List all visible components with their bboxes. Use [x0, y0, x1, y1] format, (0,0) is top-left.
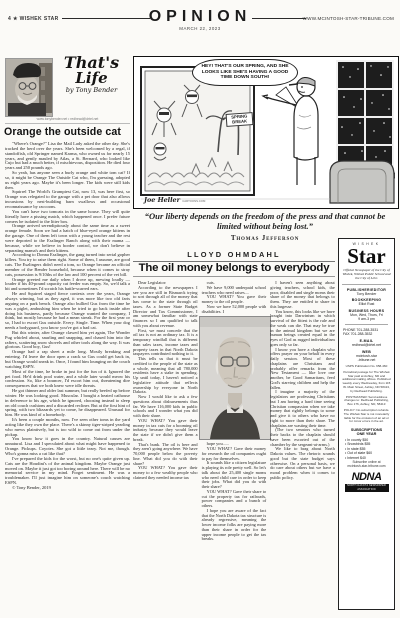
paragraph: Orange greeted me daily when I drove up,… — [5, 278, 130, 293]
masthead-info-box: WISHEK Star Official Newspaper of the Ci… — [338, 238, 395, 610]
legal-text: Periodical postage for The Wishek Star p… — [342, 371, 391, 393]
postmaster-text: POSTMASTER: Send address changes to: Red… — [342, 396, 391, 407]
paragraph: Squirrel The World's Grumpiest Cat, now … — [5, 190, 130, 209]
quote-text: “Our liberty depends on the freedom of t… — [140, 212, 390, 232]
fax-line: FAX 701-288-3532 — [341, 332, 392, 336]
paragraph: © Tony Bender, 2019 — [5, 486, 130, 491]
paragraph: YOU WHAT? You gave their money to a few … — [133, 466, 198, 480]
paragraph: "Where's Orange?" Lisa the Mail Lady ask… — [5, 142, 130, 171]
publisher-name: Tony Bender — [341, 292, 392, 296]
paragraph: First, we must concede that the oil tax … — [133, 329, 198, 358]
omdahl-column-3: I haven't seen anything about giving tea… — [270, 281, 335, 612]
cartoonist-signature: Joe Heller CARTOONS.COM — [144, 196, 205, 204]
paragraph: But this winter, after Orange clawed him… — [5, 331, 130, 350]
paragraph: YOU WHAT? Gave their money for research … — [202, 447, 267, 461]
ndna-tagline: NORTH DAKOTA NEWSPAPER ASSOCIATION — [345, 484, 389, 491]
web-value-line2: -tribune.net — [341, 358, 392, 362]
subscribe-note-line2: mcintosh-star-tribune.com — [341, 464, 392, 468]
paragraph: So yeah, has anyone seen a burly orange … — [5, 171, 130, 190]
paragraph: It sounds like a citizen legislature is … — [202, 461, 267, 490]
masthead-tagline: Official Newspaper of the City of Wishek… — [342, 268, 391, 285]
paragraph: (The two senators who turned their backs… — [270, 428, 335, 447]
paragraph: YOU WHAT? Gave their share to cut the pr… — [202, 490, 267, 509]
author-contact-line: www.tonybender.net • redhead@drtel.net — [5, 117, 130, 124]
masthead-title: Star — [341, 246, 392, 266]
policy-text: POLICY: No subscription refunds. The Wis… — [342, 409, 391, 424]
omdahl-headline: The oil money belongs to everybody — [133, 262, 335, 277]
ndna-logo: NDNA NORTH DAKOTA NEWSPAPER ASSOCIATION — [341, 472, 392, 491]
thats-life-headline: Orange the outside cat — [4, 126, 131, 138]
paragraph: He and Squirrel staged fierce contests o… — [5, 292, 130, 331]
spring-break-sign: SPRING BREAK — [226, 112, 254, 127]
masthead-title-line2: Life — [53, 71, 130, 86]
signature-suffix: CARTOONS.COM — [182, 199, 205, 203]
portrait-art — [200, 317, 270, 439]
paragraph: Now we have 52,000 people with disabilit… — [202, 305, 267, 315]
hours-time: 9 am-3 pm — [341, 317, 392, 321]
paragraph: Most of the time, he broke in just for t… — [5, 370, 130, 389]
thats-life-article-body: "Where's Orange?" Lisa the Mail Lady ask… — [5, 142, 130, 610]
paragraph: Orange arrived serendipitously about the… — [5, 224, 130, 253]
bookkeeping-name: Elliot Rust — [341, 302, 392, 306]
subscriptions-title-line2: ONE YEAR — [341, 432, 392, 436]
paragraph: According to Donna Eszlinger, the gang t… — [5, 253, 130, 277]
divider — [345, 324, 388, 325]
omdahl-column-1: Dear Legislator:According to the newspap… — [133, 281, 198, 612]
lloyd-omdahl-photo — [199, 316, 271, 440]
tony-bender-photo — [5, 58, 53, 117]
paragraph: I've prepared the kids for the worst, bu… — [5, 457, 130, 486]
paragraph: I imagine a majority of the legislators … — [270, 390, 335, 428]
paragraph: I haven't seen anything about giving tea… — [270, 281, 335, 310]
paragraph: We like to brag about North Dakota value… — [270, 447, 335, 480]
omdahl-byline: LLOYD OHMDAHL — [133, 250, 335, 262]
portrait-art — [6, 59, 52, 116]
usps-number: USPS Publication No. 658-460 — [342, 365, 391, 369]
paragraph: He got thinner and older last summer, bu… — [5, 389, 130, 418]
paragraph: I hope you are aware of the fact that th… — [202, 509, 267, 542]
paragraph: That's bunk. The oil is here and they ar… — [133, 443, 198, 467]
paragraph: This tells us that it must be credited t… — [133, 357, 198, 395]
masthead-byline: by Tony Bender — [53, 86, 130, 94]
speech-bubble: HEY! THAT'S OUR SPRING, AND SHE LOOKS LI… — [192, 59, 298, 86]
website-url: WWW.MCINTOSH-STAR-TRIBUNE.COM — [303, 16, 394, 21]
thats-life-masthead: That's Life by Tony Bender — [53, 55, 130, 94]
omdahl-column-2-bottom: hope you......YOU WHAT? Gave their money… — [202, 442, 267, 542]
paragraph: YOU WHAT? You gave their money in tax cu… — [133, 419, 198, 443]
paragraph: You know, this looks like we have bought… — [270, 310, 335, 348]
subscription-rates: • In county $50• Snowbirds $55• In state… — [341, 438, 392, 461]
paragraph: You know how it goes in the country. Nat… — [5, 437, 130, 456]
paragraph: You can't have two tomcats in the same h… — [5, 210, 130, 225]
newspaper-page: 4 ★ WISHEK STAR OPINION MARCH 22, 2023 W… — [0, 0, 400, 618]
omdahl-column-2-top: cuts.We have 9,000 underpaid school teac… — [202, 281, 267, 314]
paragraph: It's been a couple months, now. I've see… — [5, 418, 130, 437]
omdahl-article-body: Dear Legislator:According to the newspap… — [133, 281, 335, 612]
editorial-cartoon: HEY! THAT'S OUR SPRING, AND SHE LOOKS LI… — [133, 56, 399, 209]
issue-date: MARCH 22, 2023 — [0, 26, 400, 31]
omdahl-column-2: cuts.We have 9,000 underpaid school teac… — [202, 281, 267, 612]
ndna-wordmark: NDNA — [341, 472, 392, 483]
paragraph: According to the newspapers I see you ar… — [133, 286, 198, 329]
email-value: redhead@drtel.net — [341, 343, 392, 347]
paragraph: Orange had a rap sheet a mile long. Most… — [5, 350, 130, 369]
paragraph: Now I would like to ask a few questions … — [133, 395, 198, 419]
paragraph: I know you have a chaplain who offers pr… — [270, 348, 335, 391]
signature-name: Joe Heller — [144, 196, 180, 204]
